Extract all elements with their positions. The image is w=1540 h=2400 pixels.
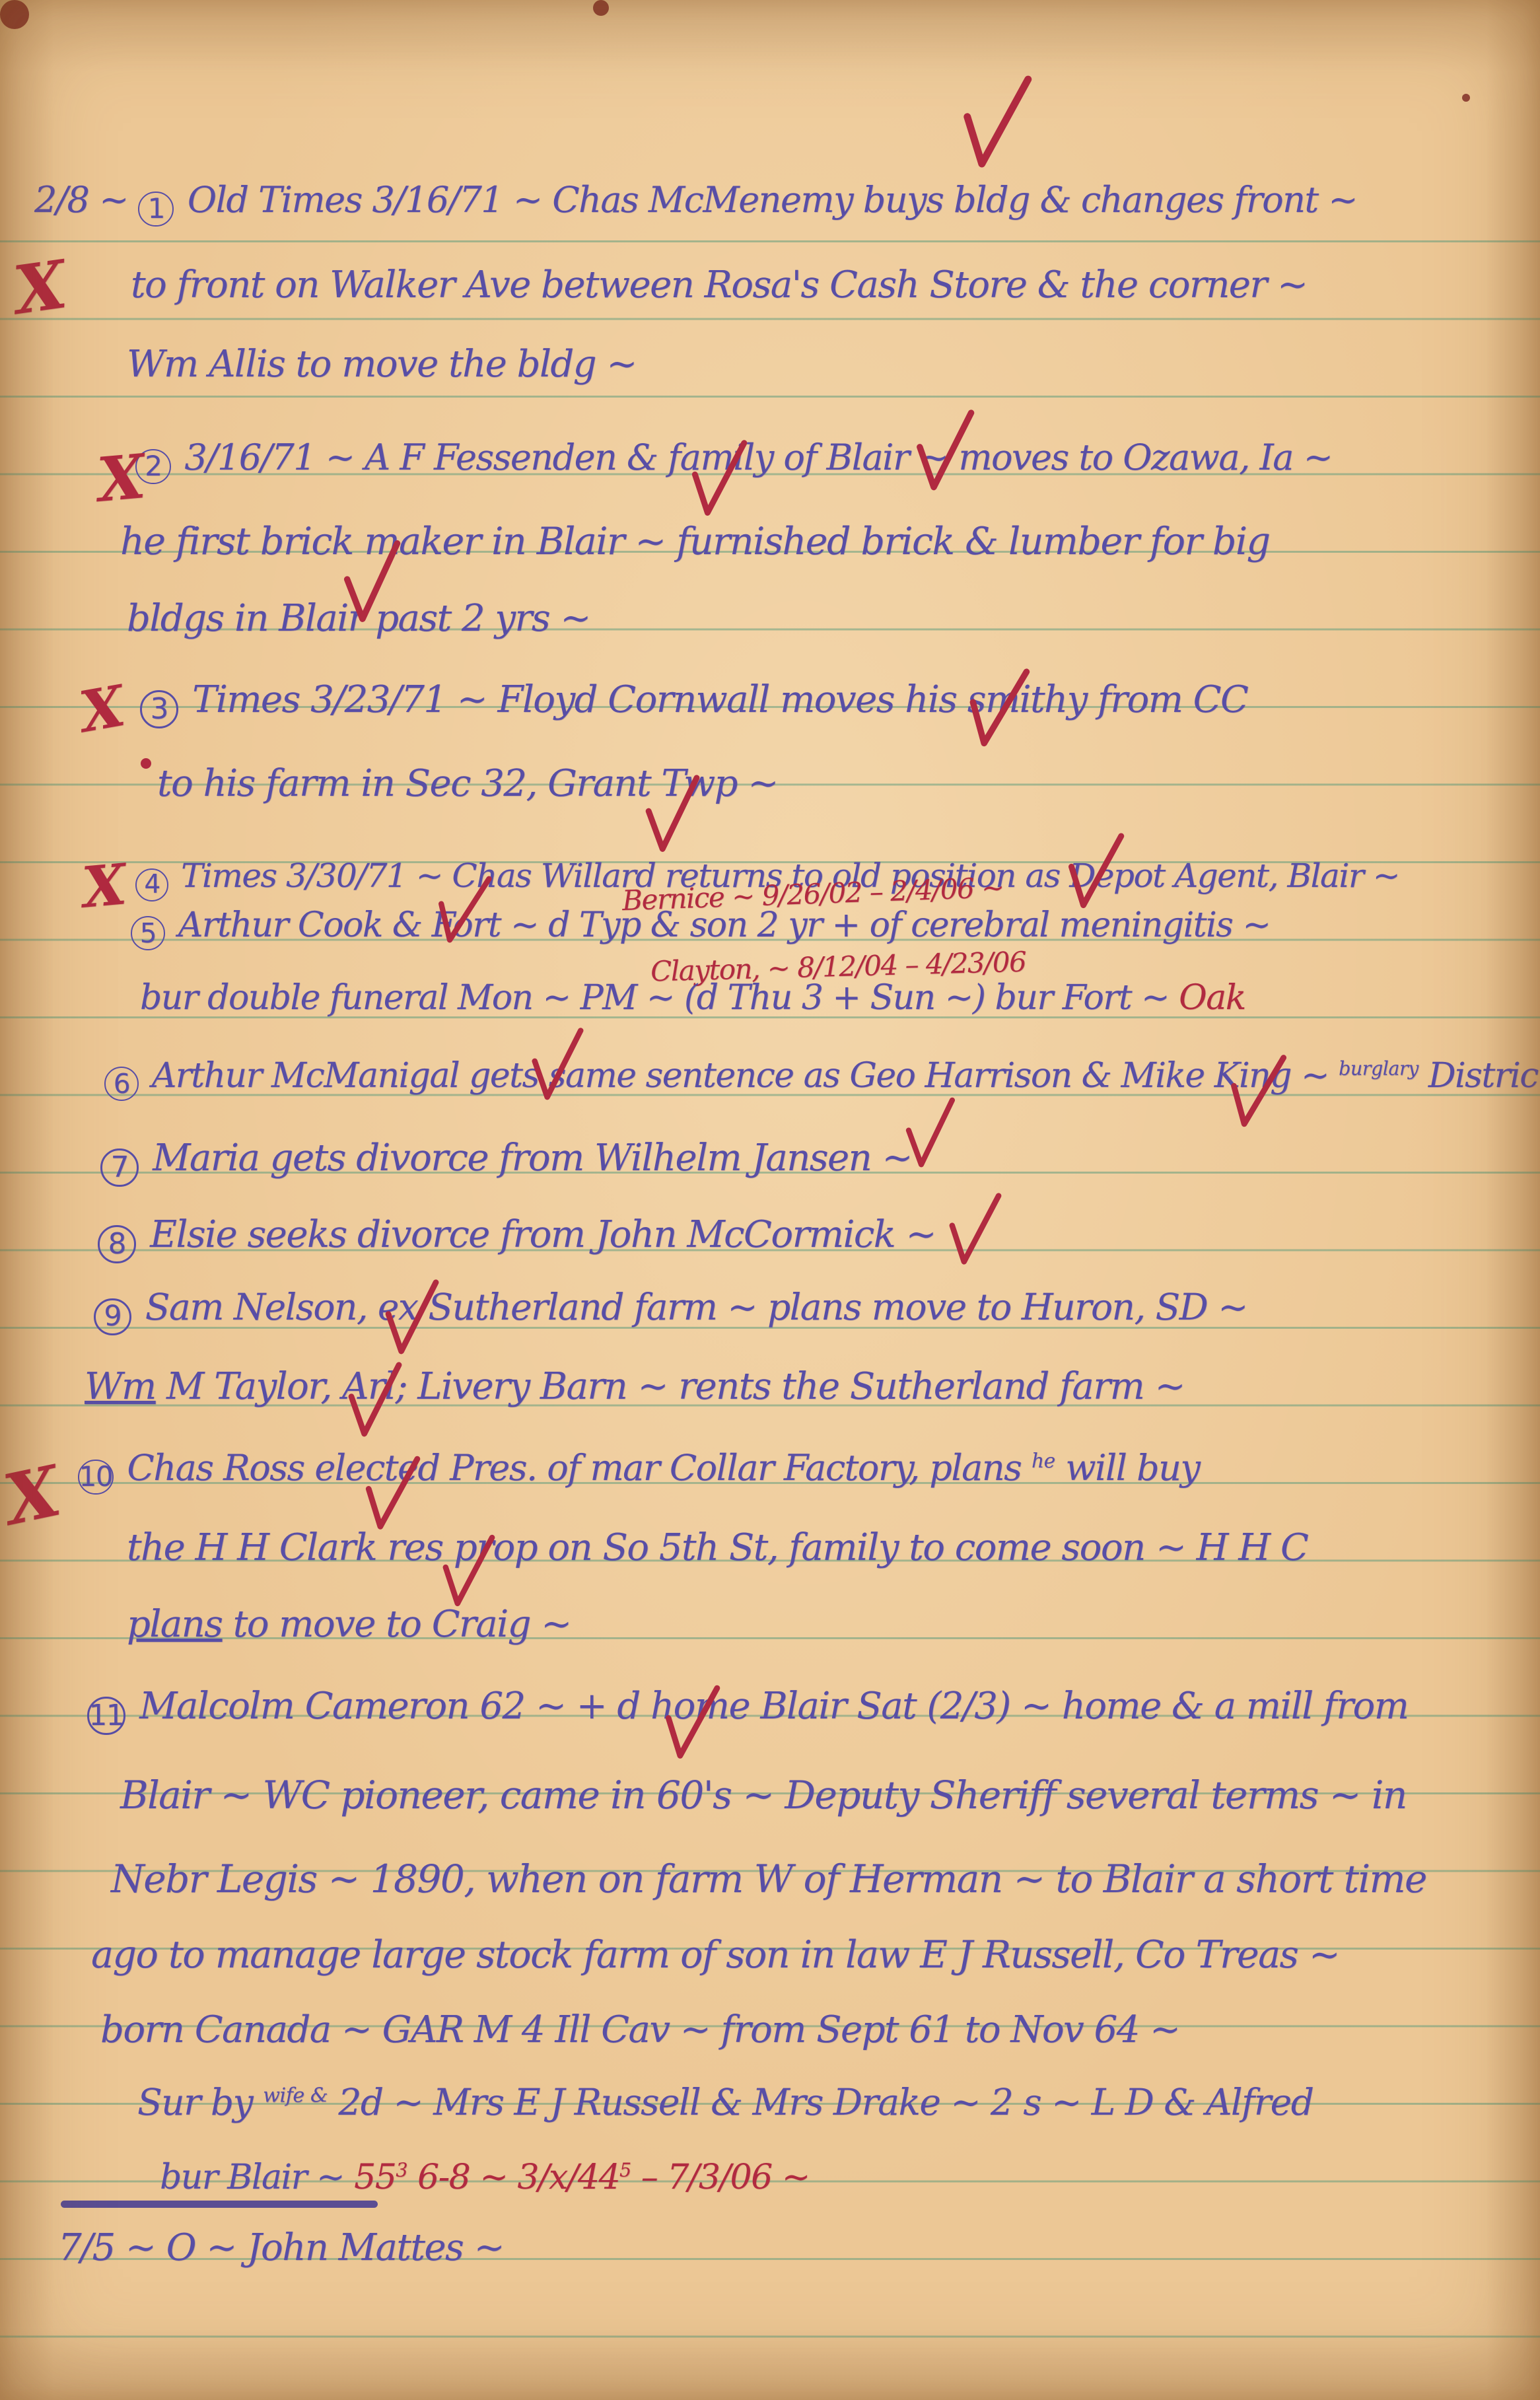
emphasis-line bbox=[61, 2201, 378, 2208]
circled-number: 4 bbox=[135, 868, 168, 901]
handwriting-text: will buy bbox=[1055, 1447, 1200, 1489]
handwritten-line: Wm M Taylor, Arl; Livery Barn ~ rents th… bbox=[85, 1366, 1185, 1408]
handwriting-text: Blair ~ WC pioneer, came in 60's ~ Deput… bbox=[120, 1773, 1407, 1818]
handwriting-text: 2d ~ Mrs E J Russell & Mrs Drake ~ 2 s ~… bbox=[328, 2081, 1313, 2123]
handwritten-line: ago to manage large stock farm of son in… bbox=[91, 1934, 1339, 1977]
handwriting-text: to front on Walker Ave between Rosa's Ca… bbox=[131, 264, 1307, 306]
notebook-page: 2/8 ~ 1 Old Times 3/16/71 ~ Chas McMenem… bbox=[0, 0, 1540, 2400]
circled-number: 1 bbox=[138, 192, 174, 227]
handwriting-text: 2/8 ~ bbox=[34, 179, 138, 221]
paper-speck bbox=[1462, 94, 1470, 102]
handwriting-text: to move to Craig ~ bbox=[222, 1603, 571, 1646]
red-checkmark-icon bbox=[942, 1182, 1006, 1278]
circled-number: 5 bbox=[131, 916, 165, 950]
handwriting-text: bldgs in Blair past 2 yrs ~ bbox=[127, 597, 590, 640]
handwriting-text: District bbox=[1418, 1056, 1540, 1096]
handwriting-text: M Taylor, Arl; Livery Barn ~ rents the S… bbox=[156, 1365, 1185, 1408]
handwriting-text: Malcolm Cameron 62 ~ + d home Blair Sat … bbox=[129, 1685, 1409, 1728]
handwritten-line: 9 Sam Nelson, ex Sutherland farm ~ plans… bbox=[94, 1287, 1247, 1335]
handwritten-line: the H H Clark res prop on So 5th St, fam… bbox=[127, 1527, 1308, 1569]
handwriting-text: plans bbox=[127, 1603, 222, 1646]
handwritten-line: bur double funeral Mon ~ PM ~ (d Thu 3 +… bbox=[140, 979, 1245, 1018]
red-x-mark-icon: X bbox=[95, 446, 147, 511]
handwriting-text: – 7/3/06 ~ bbox=[631, 2158, 810, 2197]
handwritten-line: 6 Arthur McManigal gets same sentence as… bbox=[104, 1057, 1540, 1101]
handwritten-line: 7 Maria gets divorce from Wilhelm Jansen… bbox=[100, 1137, 912, 1187]
handwritten-line: Wm Allis to move the bldg ~ bbox=[127, 343, 637, 386]
handwriting-text: bur Blair ~ bbox=[160, 2158, 354, 2197]
handwriting-text: Arthur McManigal gets same sentence as G… bbox=[142, 1056, 1339, 1096]
handwritten-line: 3 Times 3/23/71 ~ Floyd Cornwall moves h… bbox=[140, 679, 1247, 728]
red-ink-dot bbox=[141, 758, 151, 769]
handwritten-line: born Canada ~ GAR M 4 Ill Cav ~ from Sep… bbox=[100, 2009, 1179, 2051]
paper-speck bbox=[0, 0, 29, 29]
handwritten-line: Sur by wife & 2d ~ Mrs E J Russell & Mrs… bbox=[137, 2082, 1313, 2123]
handwritten-line: bur Blair ~ 553 6-8 ~ 3/x/445 – 7/3/06 ~ bbox=[160, 2158, 810, 2198]
handwriting-text: Old Times 3/16/71 ~ Chas McMenemy buys b… bbox=[177, 179, 1357, 221]
red-x-mark-icon: X bbox=[10, 251, 70, 324]
circled-number: 10 bbox=[78, 1460, 114, 1495]
handwriting-text: Elsie seeks divorce from John McCormick … bbox=[139, 1213, 936, 1256]
handwritten-line: 8 Elsie seeks divorce from John McCormic… bbox=[98, 1214, 936, 1263]
handwriting-text: ago to manage large stock farm of son in… bbox=[91, 1933, 1339, 1977]
circled-number: 8 bbox=[98, 1225, 136, 1263]
handwriting-text: Arthur Cook & Fort ~ d Typ & son 2 yr + … bbox=[168, 905, 1271, 945]
handwritten-line: bldgs in Blair past 2 yrs ~ bbox=[127, 598, 590, 640]
interlinear-insertion: burglary bbox=[1339, 1057, 1418, 1080]
handwriting-text: Chas Ross elected Pres. of mar Collar Fa… bbox=[117, 1447, 1032, 1489]
handwriting-text: Wm bbox=[85, 1365, 156, 1408]
handwriting-text: to his farm in Sec 32, Grant Twp ~ bbox=[157, 762, 778, 805]
handwriting-text: the H H Clark res prop on So 5th St, fam… bbox=[127, 1526, 1308, 1569]
handwriting-layer: 2/8 ~ 1 Old Times 3/16/71 ~ Chas McMenem… bbox=[0, 0, 1540, 2400]
handwriting-text: he first brick maker in Blair ~ furnishe… bbox=[120, 520, 1270, 563]
handwriting-text: Times 3/23/71 ~ Floyd Cornwall moves his… bbox=[182, 678, 1248, 721]
interlinear-insertion: 5 bbox=[619, 2159, 631, 2181]
circled-number: 7 bbox=[100, 1148, 139, 1187]
handwriting-text: Sam Nelson, ex Sutherland farm ~ plans m… bbox=[135, 1286, 1247, 1328]
handwritten-line: to his farm in Sec 32, Grant Twp ~ bbox=[157, 763, 778, 805]
handwritten-line: 5 Arthur Cook & Fort ~ d Typ & son 2 yr … bbox=[131, 906, 1270, 950]
circled-number: 6 bbox=[104, 1067, 139, 1101]
handwritten-line: 7/5 ~ O ~ John Mattes ~ bbox=[58, 2227, 504, 2269]
handwriting-text: Wm Allis to move the bldg ~ bbox=[127, 343, 637, 386]
handwriting-text: Oak bbox=[1179, 978, 1245, 1018]
handwriting-text: Sur by bbox=[137, 2081, 263, 2123]
handwritten-line: Nebr Legis ~ 1890, when on farm W of Her… bbox=[111, 1857, 1426, 1901]
interlinear-insertion: he bbox=[1032, 1450, 1055, 1473]
handwritten-line: to front on Walker Ave between Rosa's Ca… bbox=[131, 264, 1307, 306]
interlinear-insertion: wife & bbox=[263, 2084, 328, 2107]
red-checkmark-icon bbox=[952, 56, 1037, 188]
handwritten-line: 2 3/16/71 ~ A F Fessenden & family of Bl… bbox=[135, 437, 1332, 484]
handwriting-text: 55 bbox=[354, 2158, 396, 2197]
handwritten-line: 2/8 ~ 1 Old Times 3/16/71 ~ Chas McMenem… bbox=[34, 180, 1357, 227]
handwriting-text: 3/16/71 ~ A F Fessenden & family of Blai… bbox=[174, 437, 1333, 478]
circled-number: 11 bbox=[87, 1697, 125, 1735]
red-x-mark-icon: X bbox=[0, 1456, 65, 1535]
red-x-mark-icon: X bbox=[80, 857, 128, 916]
handwriting-text: born Canada ~ GAR M 4 Ill Cav ~ from Sep… bbox=[100, 2008, 1179, 2051]
handwriting-text: Maria gets divorce from Wilhelm Jansen ~ bbox=[142, 1137, 912, 1180]
handwritten-line: 10 Chas Ross elected Pres. of mar Collar… bbox=[78, 1448, 1199, 1495]
circled-number: 9 bbox=[94, 1298, 131, 1336]
handwriting-text: Nebr Legis ~ 1890, when on farm W of Her… bbox=[111, 1856, 1426, 1901]
handwritten-line: Blair ~ WC pioneer, came in 60's ~ Deput… bbox=[120, 1773, 1407, 1818]
red-x-mark-icon: X bbox=[76, 678, 129, 741]
circled-number: 3 bbox=[140, 690, 178, 728]
handwritten-line: 11 Malcolm Cameron 62 ~ + d home Blair S… bbox=[87, 1685, 1408, 1735]
handwriting-text: 6-8 ~ 3/x/44 bbox=[407, 2158, 619, 2197]
handwritten-line: plans to move to Craig ~ bbox=[127, 1604, 571, 1646]
paper-speck bbox=[593, 0, 609, 16]
handwriting-text: bur double funeral Mon ~ PM ~ (d Thu 3 +… bbox=[140, 978, 1179, 1018]
interlinear-insertion: 3 bbox=[396, 2159, 407, 2181]
handwriting-text: 7/5 ~ O ~ John Mattes ~ bbox=[58, 2226, 504, 2269]
handwritten-line: he first brick maker in Blair ~ furnishe… bbox=[120, 520, 1270, 564]
